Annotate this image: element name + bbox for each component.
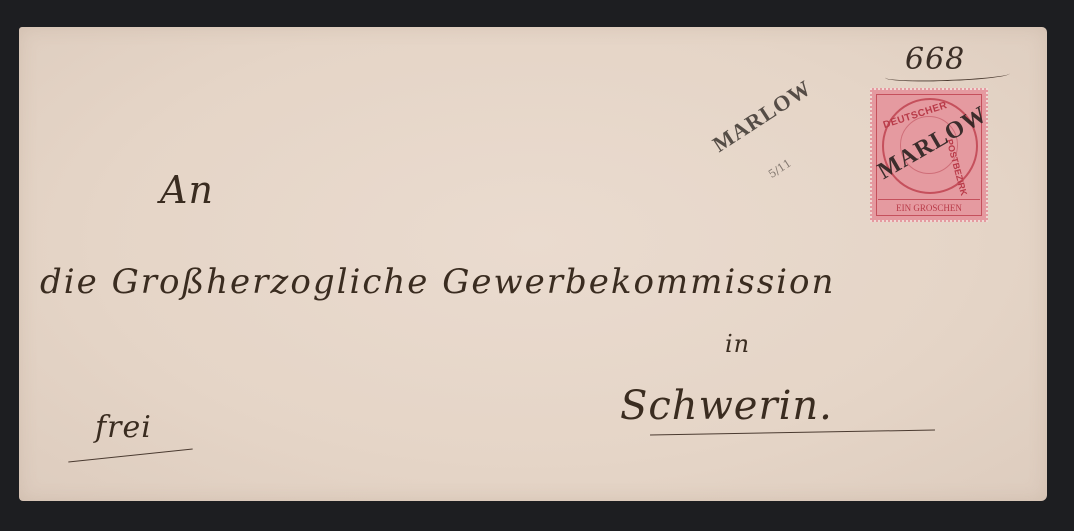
franking-note: frei [95, 410, 152, 445]
postage-stamp: DEUTSCHER POSTBEZIRK EIN GROSCHEN MARLOW [870, 88, 988, 222]
stamp-denomination: EIN GROSCHEN [878, 199, 980, 216]
address-line-1: An [160, 168, 214, 212]
address-line-3: in [725, 330, 750, 358]
address-line-2: die Großherzogliche Gewerbekommission [40, 262, 835, 302]
address-city: Schwerin. [620, 383, 833, 429]
